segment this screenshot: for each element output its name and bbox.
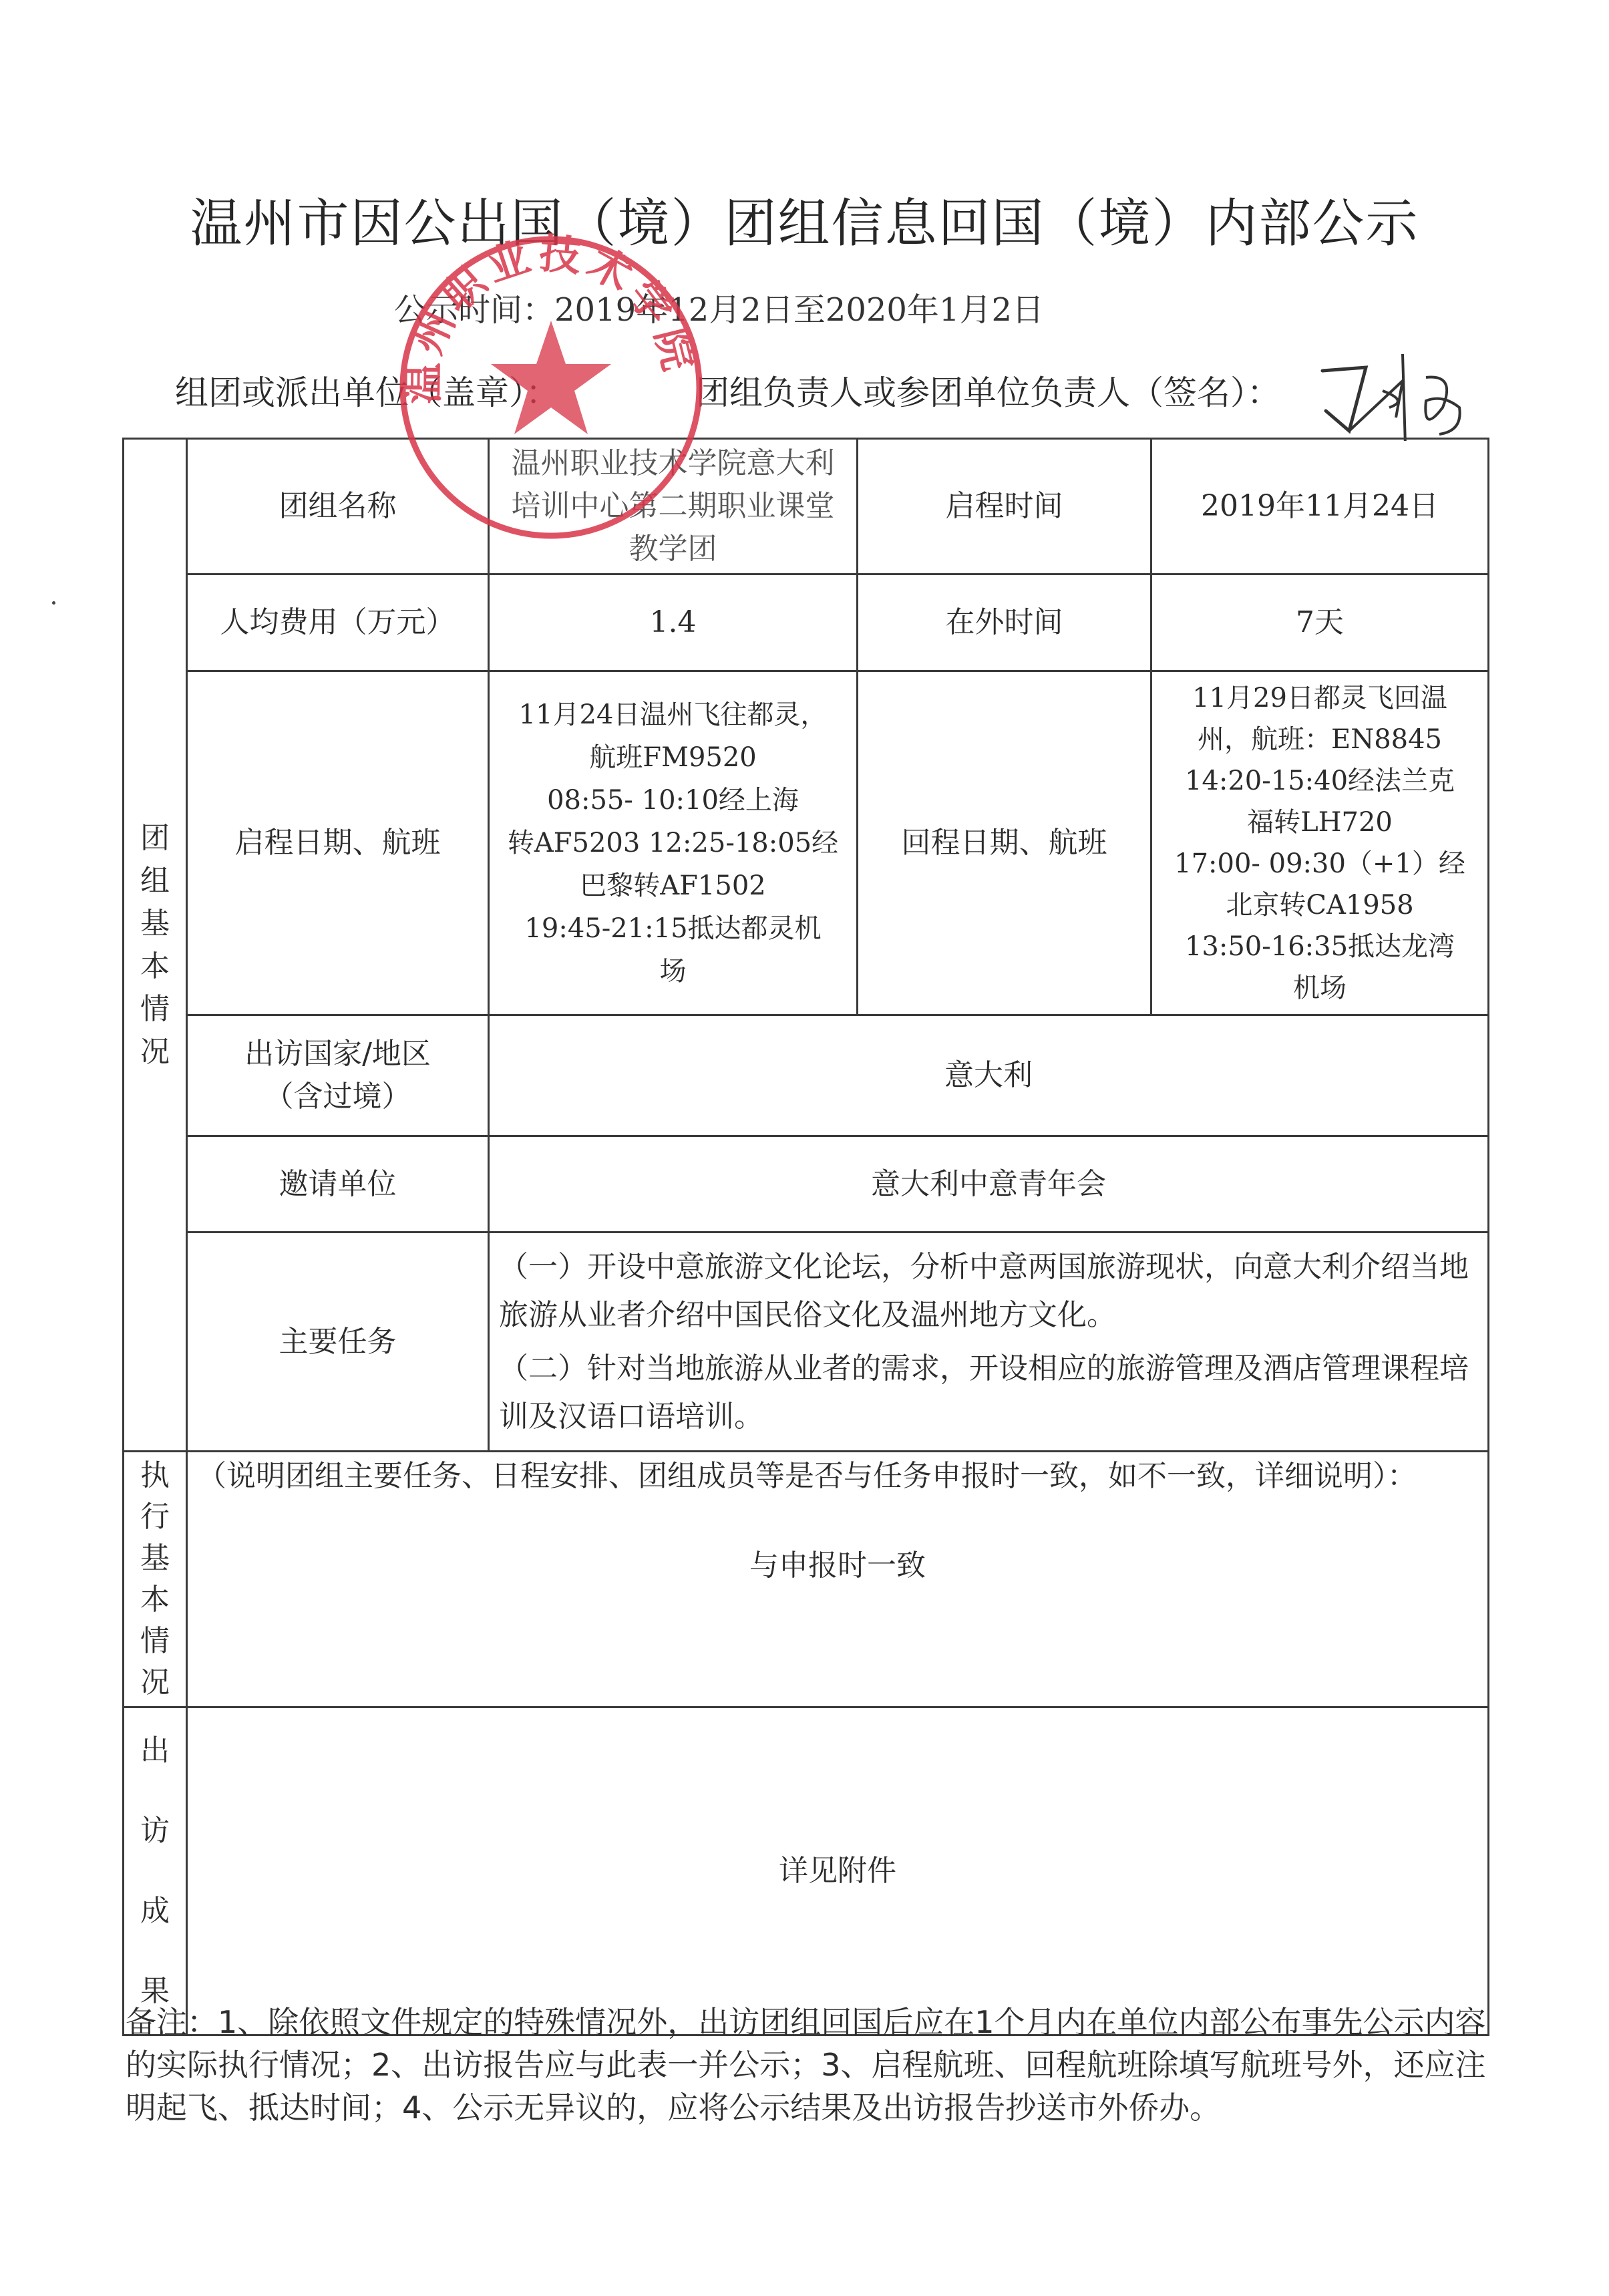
signature-line: 组团或派出单位（盖章）： 团组负责人或参团单位负责人（签名）：: [175, 366, 559, 414]
return-flights: 11月29日都灵飞回温州，航班：EN884514:20-15:40经法兰克福转L…: [1151, 671, 1489, 1015]
inviter-label: 邀请单位: [187, 1136, 489, 1233]
cost-value: 1.4: [489, 575, 858, 671]
row-outcome: 出访成果 详见附件: [124, 1707, 1489, 2035]
tasks-label: 主要任务: [187, 1233, 489, 1452]
section-label-outcome: 出访成果: [124, 1707, 187, 2035]
outbound-label: 启程日期、航班: [187, 671, 489, 1015]
row-flights: 启程日期、航班 11月24日温州飞往都灵，航班FM952008:55- 10:1…: [124, 671, 1489, 1015]
scan-speck: [52, 601, 55, 605]
footnote: 备注：1、除依照文件规定的特殊情况外，出访团组回国后应在1个月内在单位内部公布事…: [126, 2001, 1488, 2129]
info-table: 团组基本情况 团组名称 温州职业技术学院意大利培训中心第二期职业课堂教学团 启程…: [122, 438, 1489, 2036]
abroad-value: 7天: [1151, 575, 1489, 671]
page-title: 温州市因公出国（境）团组信息回国（境）内部公示: [0, 182, 1609, 257]
execution-cell: （说明团组主要任务、日程安排、团组成员等是否与任务申报时一致，如不一致，详细说明…: [187, 1452, 1489, 1707]
unit-stamp-label: 组团或派出单位（盖章）：: [175, 373, 559, 412]
depart-time-label: 启程时间: [858, 439, 1151, 575]
group-name-label: 团组名称: [187, 439, 489, 575]
row-inviter: 邀请单位 意大利中意青年会: [124, 1136, 1489, 1233]
row-country: 出访国家/地区（含过境） 意大利: [124, 1015, 1489, 1136]
row-cost: 人均费用（万元） 1.4 在外时间 7天: [124, 575, 1489, 671]
section-label-basic: 团组基本情况: [124, 439, 187, 1452]
section-label-exec: 执行基本情况: [124, 1452, 187, 1707]
cost-label: 人均费用（万元）: [187, 575, 489, 671]
inviter-value: 意大利中意青年会: [489, 1136, 1489, 1233]
outcome-value: 详见附件: [187, 1707, 1489, 2035]
depart-time-value: 2019年11月24日: [1151, 439, 1489, 575]
execution-result: 与申报时一致: [197, 1544, 1478, 1587]
outbound-flights: 11月24日温州飞往都灵，航班FM952008:55- 10:10经上海转AF5…: [489, 671, 858, 1015]
abroad-label: 在外时间: [858, 575, 1151, 671]
group-name-value: 温州职业技术学院意大利培训中心第二期职业课堂教学团: [489, 439, 858, 575]
leader-signature-label: 团组负责人或参团单位负责人（签名）：: [696, 366, 1280, 414]
row-tasks: 主要任务 （一）开设中意旅游文化论坛，分析中意两国旅游现状，向意大利介绍当地旅游…: [124, 1233, 1489, 1452]
country-value: 意大利: [489, 1015, 1489, 1136]
row-group-name: 团组基本情况 团组名称 温州职业技术学院意大利培训中心第二期职业课堂教学团 启程…: [124, 439, 1489, 575]
row-execution: 执行基本情况 （说明团组主要任务、日程安排、团组成员等是否与任务申报时一致，如不…: [124, 1452, 1489, 1707]
return-label: 回程日期、航班: [858, 671, 1151, 1015]
execution-instruction: （说明团组主要任务、日程安排、团组成员等是否与任务申报时一致，如不一致，详细说明…: [197, 1455, 1478, 1498]
handwritten-signature: [1309, 334, 1483, 441]
tasks-value: （一）开设中意旅游文化论坛，分析中意两国旅游现状，向意大利介绍当地旅游从业者介绍…: [489, 1233, 1489, 1452]
country-label: 出访国家/地区（含过境）: [187, 1015, 489, 1136]
publicity-period: 公示时间：2019年12月2日至2020年1月2日: [394, 284, 1044, 330]
